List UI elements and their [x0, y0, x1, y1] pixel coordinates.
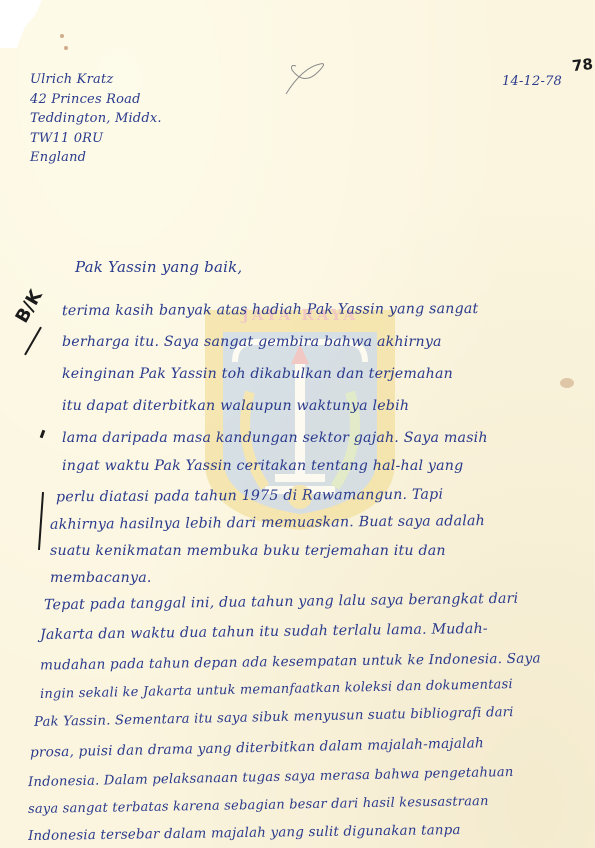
- letter-page: JAYA RAYA 78 14-12-78 Ulrich Kratz 42 Pr…: [0, 0, 595, 848]
- body-line: Pak Yassin. Sementara itu saya sibuk men…: [34, 705, 514, 730]
- paper-stain: [60, 34, 64, 38]
- sender-address: Ulrich Kratz 42 Princes Road Teddington,…: [30, 70, 162, 168]
- paper-stain: [64, 46, 68, 50]
- body-line: Indonesia. Dalam pelaksanaan tugas saya …: [28, 765, 514, 790]
- sender-address-line: Teddington, Middx.: [30, 109, 162, 129]
- margin-slash-mark: [24, 327, 42, 356]
- body-line: berharga itu. Saya sangat gembira bahwa …: [62, 334, 442, 350]
- body-line: saya sangat terbatas karena sebagian bes…: [28, 794, 489, 817]
- paper-stain: [560, 378, 574, 388]
- body-line: Jakarta dan waktu dua tahun itu sudah te…: [40, 621, 488, 643]
- body-line: membacanya.: [50, 570, 152, 586]
- body-line: lama daripada masa kandungan sektor gaja…: [62, 430, 488, 446]
- body-line: prosa, puisi dan drama yang diterbitkan …: [30, 735, 484, 761]
- body-line: Indonesia tersebar dalam majalah yang su…: [28, 823, 461, 844]
- body-line: suatu kenikmatan membuka buku terjemahan…: [50, 543, 446, 559]
- body-line: Tepat pada tanggal ini, dua tahun yang l…: [44, 591, 519, 614]
- body-line: perlu diatasi pada tahun 1975 di Rawaman…: [56, 487, 443, 506]
- body-line: akhirnya hasilnya lebih dari memuaskan. …: [50, 513, 485, 533]
- margin-tick-mark: [40, 430, 46, 439]
- sender-name: Ulrich Kratz: [30, 70, 162, 90]
- sender-address-line: 42 Princes Road: [30, 90, 162, 110]
- initial-scribble-icon: [282, 58, 328, 98]
- body-line: ingin sekali ke Jakarta untuk memanfaatk…: [40, 677, 513, 702]
- body-line: ingat waktu Pak Yassin ceritakan tentang…: [62, 458, 463, 474]
- sender-address-line: TW11 0RU: [30, 129, 162, 149]
- folio-number: 78: [571, 55, 594, 75]
- letter-date: 14-12-78: [502, 74, 562, 89]
- body-line: keinginan Pak Yassin toh dikabulkan dan …: [62, 366, 453, 382]
- salutation: Pak Yassin yang baik,: [75, 258, 242, 276]
- body-line: itu dapat diterbitkan walaupun waktunya …: [62, 398, 409, 414]
- margin-bar-mark: [38, 492, 44, 550]
- body-line: mudahan pada tahun depan ada kesempatan …: [40, 651, 541, 674]
- body-line: terima kasih banyak atas hadiah Pak Yass…: [62, 301, 478, 319]
- torn-corner: [0, 0, 42, 48]
- sender-address-line: England: [30, 148, 162, 168]
- margin-annotation: B/K: [11, 286, 46, 326]
